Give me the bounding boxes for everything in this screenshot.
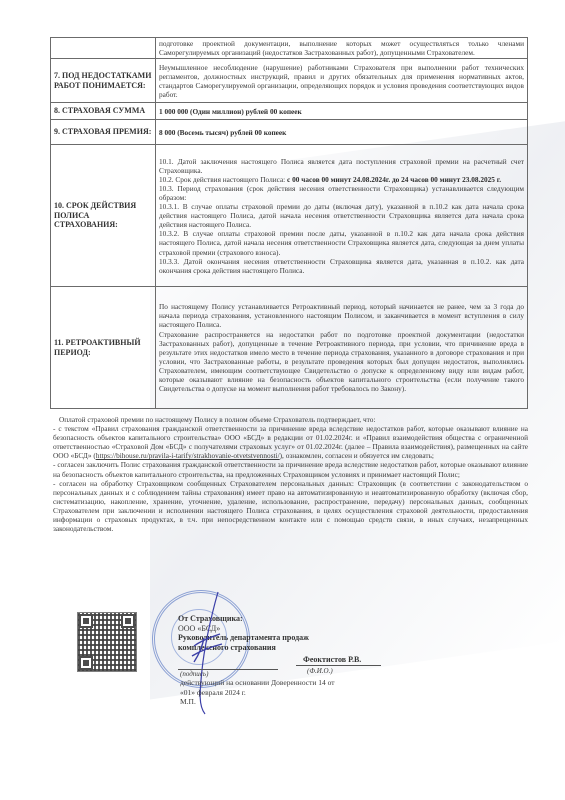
row-label: 10. СРОК ДЕЙСТВИЯ ПОЛИСА СТРАХОВАНИЯ: — [51, 145, 156, 287]
clause-text: 10.2. Срок действия настоящего Полиса: — [159, 175, 287, 184]
name-caption: (Ф.И.О.) — [307, 667, 333, 675]
row-label: 9. СТРАХОВАЯ ПРЕМИЯ: — [51, 120, 156, 145]
insurer-signatory: От Страховщика: ООО «БСД» Руководитель д… — [178, 614, 309, 652]
policy-terms-table: подготовке проектной документации, выпол… — [50, 37, 528, 409]
premium-value: 8 000 (Восемь тысяч) рублей 00 копеек — [156, 120, 528, 145]
confirmation-item-rules: - с текстом «Правил страхования гражданс… — [53, 424, 528, 460]
insurer-company: ООО «БСД» — [178, 624, 309, 634]
power-of-attorney-date: «01» февраля 2024 г. — [180, 688, 335, 698]
retro-paragraph-1: По настоящему Полису устанавливается Рет… — [159, 302, 524, 329]
confirmation-text: ), ознакомлен, согласен и обязуется им с… — [280, 451, 434, 460]
policy-period: с 00 часов 00 минут 24.08.2024г. до 24 ч… — [287, 175, 501, 184]
seal-mark: М.П. — [180, 697, 335, 707]
power-of-attorney: действующий на основании Доверенности 14… — [180, 678, 335, 688]
table-row-defects: 7. ПОД НЕДОСТАТКАМИ РАБОТ ПОНИМАЕТСЯ: Не… — [51, 59, 528, 103]
clause-10-3-2: 10.3.2. В случае оплаты страховой премии… — [159, 229, 524, 256]
retro-paragraph-2: Страхование распространяется на недостат… — [159, 330, 524, 394]
name-line — [296, 665, 381, 666]
authority-basis: действующий на основании Доверенности 14… — [180, 678, 335, 707]
signature-caption: (подпись) — [180, 670, 208, 678]
signatory-name: Феоктистов Р.В. — [303, 655, 361, 664]
table-row-premium: 9. СТРАХОВАЯ ПРЕМИЯ: 8 000 (Восемь тысяч… — [51, 120, 528, 145]
table-row: подготовке проектной документации, выпол… — [51, 38, 528, 59]
row-value: Неумышленное несоблюдение (нарушение) ра… — [156, 59, 528, 103]
qr-finder-icon — [121, 614, 135, 628]
signatory-position: Руководитель департамента продаж — [178, 633, 309, 643]
table-row-policy-term: 10. СРОК ДЕЙСТВИЯ ПОЛИСА СТРАХОВАНИЯ: 10… — [51, 145, 528, 287]
qr-finder-icon — [79, 656, 93, 670]
clause-10-3-1: 10.3.1. В случае оплаты страховой премии… — [159, 202, 524, 229]
row-label: 8. СТРАХОВАЯ СУММА — [51, 103, 156, 120]
clause-10-2: 10.2. Срок действия настоящего Полиса: с… — [159, 175, 524, 184]
row-value: 10.1. Датой заключения настоящего Полиса… — [156, 145, 528, 287]
table-row-retroactive: 11. РЕТРОАКТИВНЫЙ ПЕРИОД: По настоящему … — [51, 287, 528, 409]
clause-10-3-3: 10.3.3. Датой окончания несения ответств… — [159, 257, 524, 275]
table-row-sum-insured: 8. СТРАХОВАЯ СУММА 1 000 000 (Один милли… — [51, 103, 528, 120]
confirmation-section: Оплатой страховой премии по настоящему П… — [53, 415, 528, 533]
clause-10-3: 10.3. Период страхования (срок действия … — [159, 184, 524, 202]
clause-10-1: 10.1. Датой заключения настоящего Полиса… — [159, 157, 524, 175]
qr-code — [77, 612, 137, 672]
sum-insured-value: 1 000 000 (Один миллион) рублей 00 копее… — [156, 103, 528, 120]
row-label — [51, 38, 156, 59]
row-value: подготовке проектной документации, выпол… — [156, 38, 528, 59]
rules-link[interactable]: https://bihouse.ru/pravila-i-tarify/stra… — [96, 451, 280, 460]
row-label: 11. РЕТРОАКТИВНЫЙ ПЕРИОД: — [51, 287, 156, 409]
from-insurer-label: От Страховщика: — [178, 614, 309, 624]
qr-finder-icon — [79, 614, 93, 628]
row-value: По настоящему Полису устанавливается Рет… — [156, 287, 528, 409]
row-label: 7. ПОД НЕДОСТАТКАМИ РАБОТ ПОНИМАЕТСЯ: — [51, 59, 156, 103]
confirmation-item-agree: - согласен заключить Полис страхования г… — [53, 460, 528, 478]
confirmation-intro: Оплатой страховой премии по настоящему П… — [53, 415, 528, 424]
signatory-position-2: комплексного страхования — [178, 643, 309, 653]
confirmation-item-personal-data: - согласен на обработку Страховщиком соо… — [53, 479, 528, 534]
